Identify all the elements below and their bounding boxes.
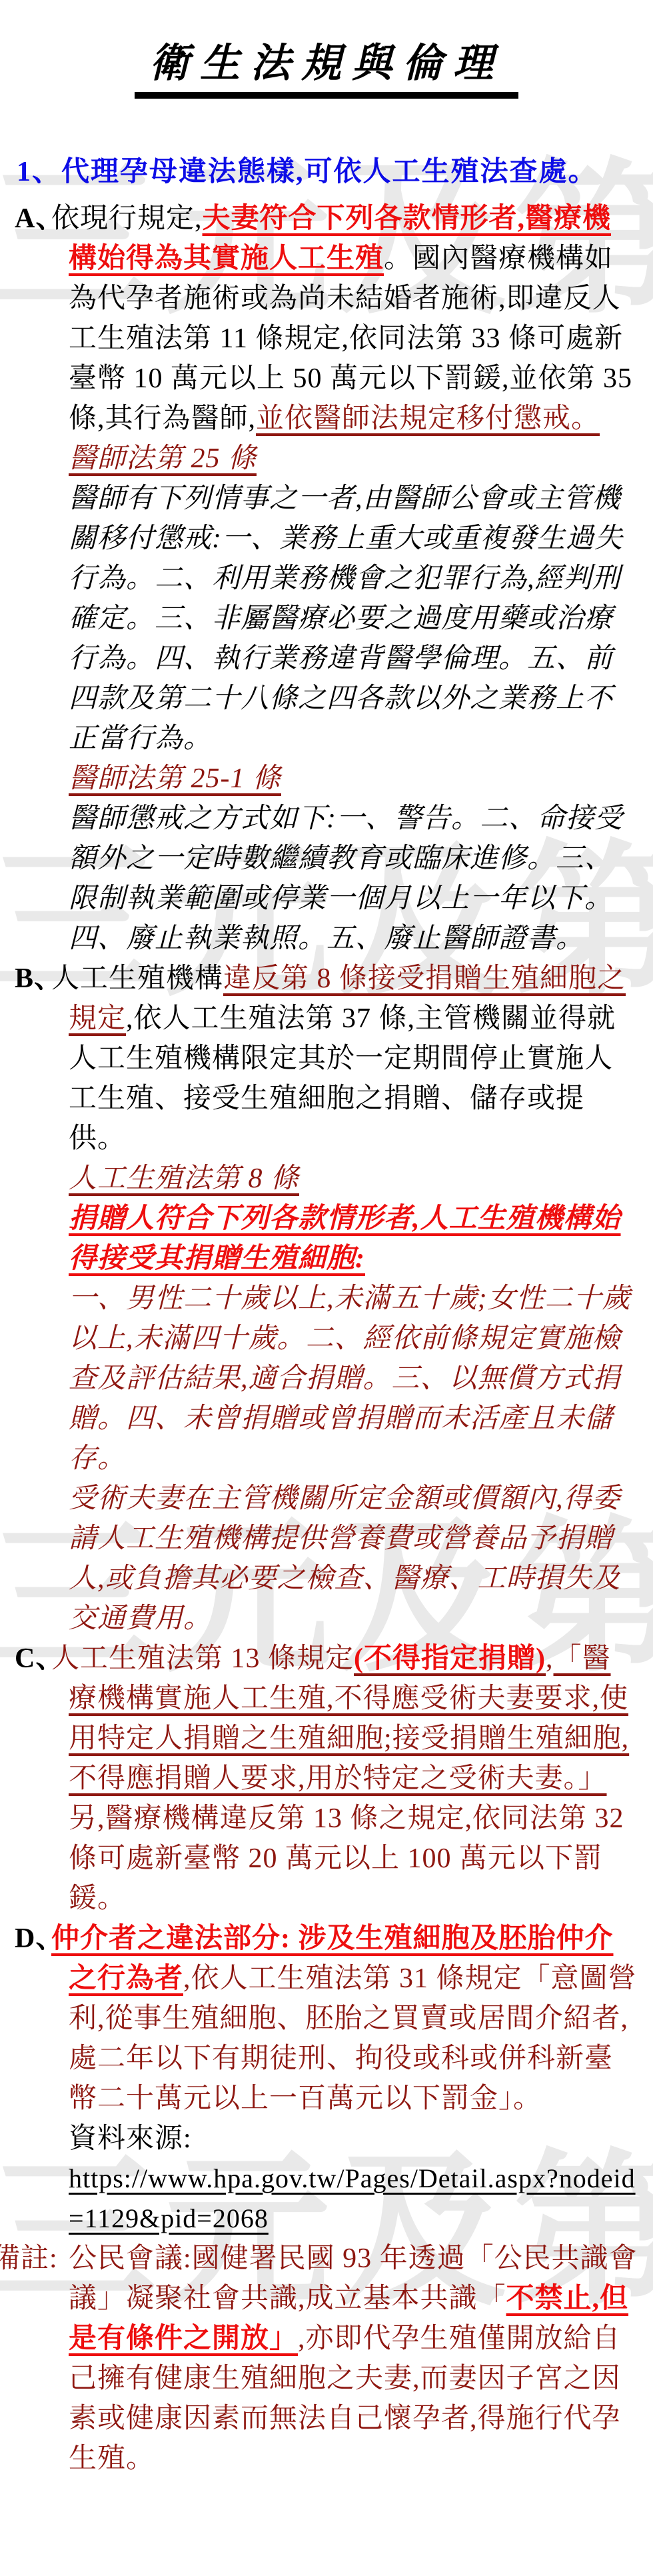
law-25-1-body-text: 醫師懲戒之方式如下:一、警告。二、命接受額外之一定時數繼續教育或臨床進修。三、限… — [69, 803, 623, 954]
item-c-intro: 人工生殖法第 13 條規定 — [51, 1643, 354, 1674]
law-8-red-underline: 捐贈人符合下列各款情形者,人工生殖機構始得接受其捐贈生殖細胞: — [69, 1203, 621, 1274]
law-25-heading-text: 醫師法第 25 條 — [69, 443, 257, 474]
law-8-conditions-text: 一、男性二十歲以上,未滿五十歲;女性二十歲以上,未滿四十歲。二、經依前條規定實施… — [69, 1283, 631, 1474]
item-b-body: ,依人工生殖法第 37 條,主管機關並得就人工生殖機構限定其於一定期間停止實施人… — [69, 1003, 616, 1154]
source-label-text: 資料來源: — [69, 2123, 192, 2154]
law-25-heading: 醫師法第 25 條 — [0, 439, 653, 479]
item-a-intro: 依現行規定, — [51, 203, 203, 234]
item-c-comma: , — [546, 1643, 554, 1674]
source-url-link[interactable]: https://www.hpa.gov.tw/Pages/Detail.aspx… — [69, 2163, 636, 2233]
law-25-body-text: 醫師有下列情事之一者,由醫師公會或主管機關移付懲戒:一、業務上重大或重複發生過失… — [69, 483, 623, 754]
item-c-letter: C、 — [15, 1639, 51, 1679]
law-25-body: 醫師有下列情事之一者,由醫師公會或主管機關移付懲戒:一、業務上重大或重複發生過失… — [0, 479, 653, 759]
title-wrap: 衛生法規與倫理 — [0, 0, 653, 99]
item-b: B、人工生殖機構違反第 8 條接受捐贈生殖細胞之規定,依人工生殖法第 37 條,… — [0, 959, 653, 1159]
source-url: https://www.hpa.gov.tw/Pages/Detail.aspx… — [0, 2159, 653, 2239]
note: 備註:公民會議:國健署民國 93 年透過「公民共識會議」凝聚社會共識,成立基本共… — [0, 2239, 653, 2479]
document-content: 衛生法規與倫理 1、代理孕母違法態樣,可依人工生殖法查處。 A、依現行規定,夫妻… — [0, 0, 653, 2479]
item-c: C、人工生殖法第 13 條規定(不得指定捐贈),「醫療機構實施人工生殖,不得應受… — [0, 1639, 653, 1919]
note-label: 備註: — [0, 2239, 69, 2279]
item-a: A、依現行規定,夫妻符合下列各款情形者,醫療機構始得為其實施人工生殖。國內醫療機… — [0, 199, 653, 439]
page-title: 衛生法規與倫理 — [135, 37, 518, 99]
source-label: 資料來源: — [0, 2119, 653, 2159]
law-25-1-heading: 醫師法第 25-1 條 — [0, 759, 653, 799]
item-b-intro: 人工生殖機構 — [51, 963, 223, 994]
item-b-letter: B、 — [15, 959, 51, 999]
law-8-intro: 捐贈人符合下列各款情形者,人工生殖機構始得接受其捐贈生殖細胞: — [0, 1199, 653, 1279]
document-body: A、依現行規定,夫妻符合下列各款情形者,醫療機構始得為其實施人工生殖。國內醫療機… — [0, 199, 653, 2479]
document-page: { "colors":{ "bright_red":"#ee0e0e", "da… — [0, 0, 653, 2576]
section-1-heading: 1、代理孕母違法態樣,可依人工生殖法查處。 — [17, 155, 653, 189]
item-d-letter: D、 — [15, 1919, 51, 1959]
law-8-heading-text: 人工生殖法第 8 條 — [69, 1163, 299, 1194]
item-c-penalty: 另,醫療機構違反第 13 條之規定,依同法第 32 條可處新臺幣 20 萬元以上… — [69, 1803, 624, 1914]
item-c-red-paren: (不得指定捐贈) — [354, 1643, 546, 1674]
item-d: D、仲介者之違法部分: 涉及生殖細胞及胚胎仲介之行為者,依人工生殖法第 31 條… — [0, 1919, 653, 2119]
law-25-1-heading-text: 醫師法第 25-1 條 — [69, 763, 281, 794]
law-8-compensation: 受術夫妻在主管機關所定金額或價額內,得委請人工生殖機構提供營養費或營養品予捐贈人… — [0, 1479, 653, 1639]
law-25-1-body: 醫師懲戒之方式如下:一、警告。二、命接受額外之一定時數繼續教育或臨床進修。三、限… — [0, 799, 653, 959]
item-a-darkred-underline: 並依醫師法規定移付懲戒。 — [256, 403, 600, 434]
law-8-conditions: 一、男性二十歲以上,未滿五十歲;女性二十歲以上,未滿四十歲。二、經依前條規定實施… — [0, 1279, 653, 1479]
law-8-heading: 人工生殖法第 8 條 — [0, 1159, 653, 1199]
item-a-letter: A、 — [15, 199, 51, 239]
law-8-compensation-text: 受術夫妻在主管機關所定金額或價額內,得委請人工生殖機構提供營養費或營養品予捐贈人… — [69, 1483, 621, 1634]
